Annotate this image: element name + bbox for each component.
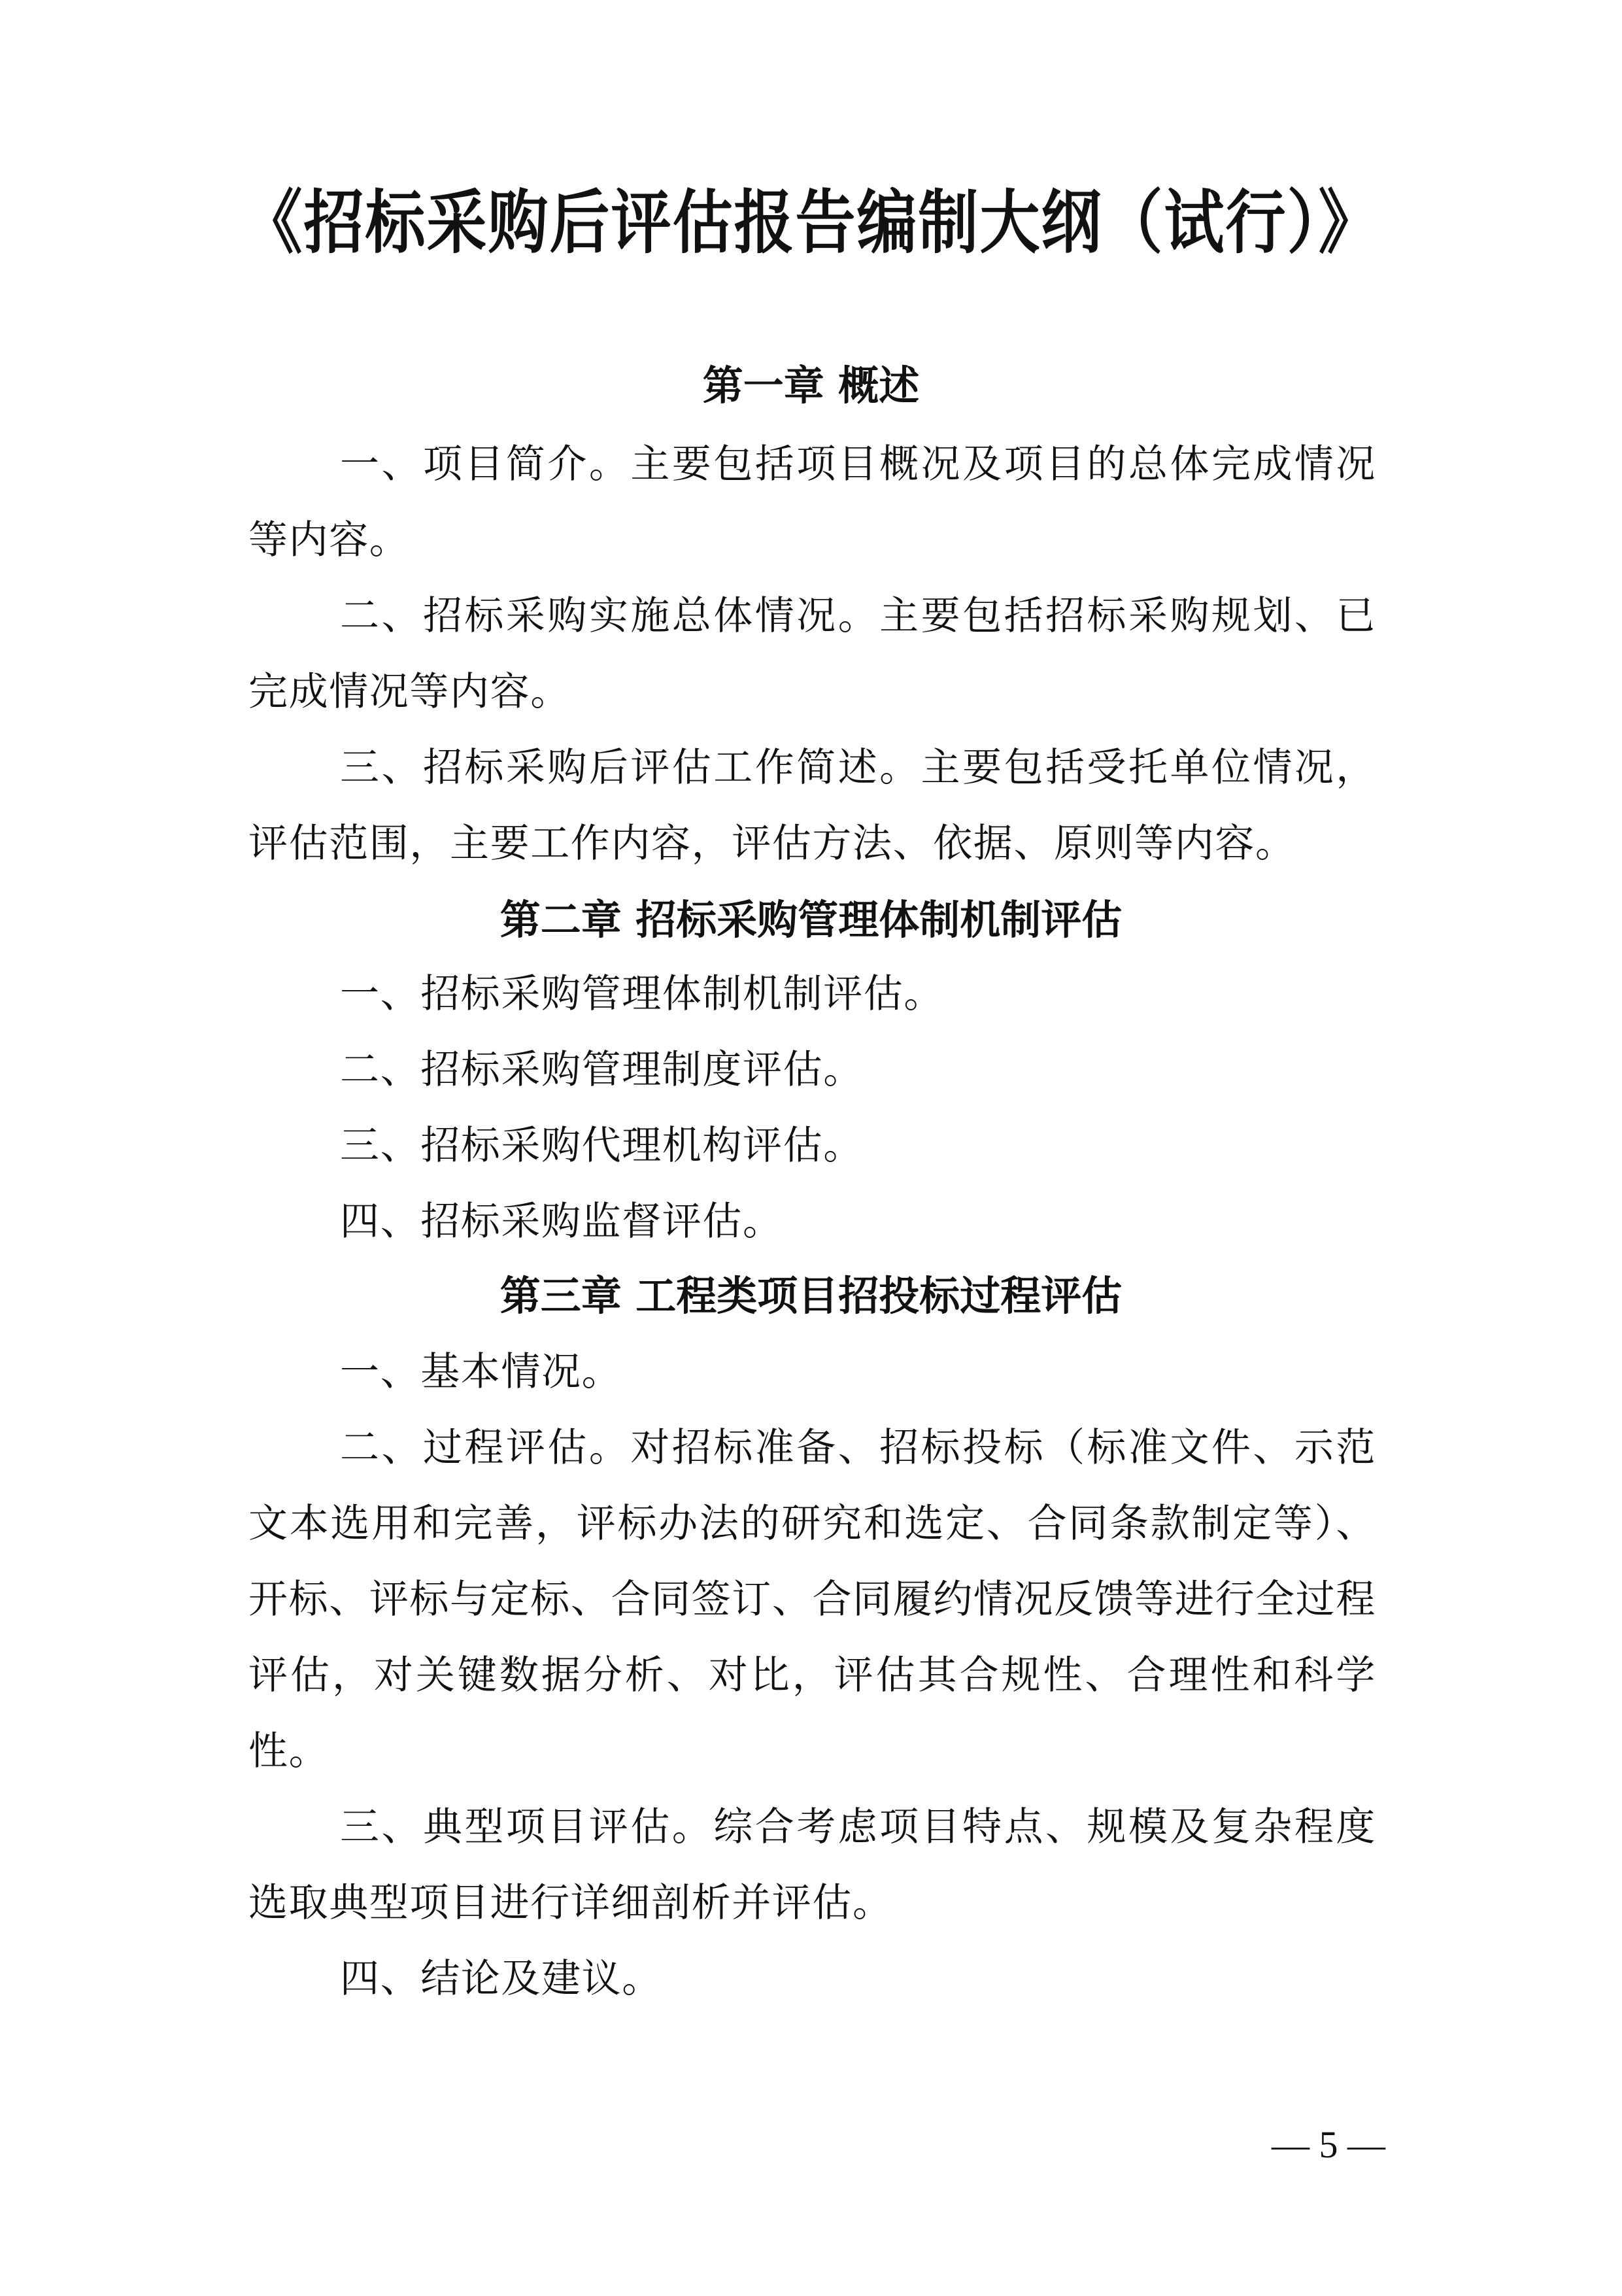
chapter-2-paragraph-4: 四、招标采购监督评估。	[248, 1184, 1376, 1259]
chapter-1-paragraph-1: 一、项目简介。主要包括项目概况及项目的总体完成情况等内容。	[248, 426, 1376, 578]
chapter-1-paragraph-2: 二、招标采购实施总体情况。主要包括招标采购规划、已完成情况等内容。	[248, 578, 1376, 730]
chapter-3-paragraph-3: 三、典型项目评估。综合考虑项目特点、规模及复杂程度选取典型项目进行详细剖析并评估…	[248, 1789, 1376, 1941]
chapter-2-paragraph-3: 三、招标采购代理机构评估。	[248, 1108, 1376, 1184]
page-number: — 5 —	[1272, 2122, 1385, 2168]
chapter-2-paragraph-2: 二、招标采购管理制度评估。	[248, 1032, 1376, 1108]
chapter-1-paragraph-3: 三、招标采购后评估工作简述。主要包括受托单位情况，评估范围，主要工作内容，评估方…	[248, 730, 1376, 882]
chapter-3-paragraph-1: 一、基本情况。	[248, 1334, 1376, 1410]
chapter-3-paragraph-2: 二、过程评估。对招标准备、招标投标（标准文件、示范文本选用和完善，评标办法的研究…	[248, 1410, 1376, 1789]
document-title: 《招标采购后评估报告编制大纲（试行）》	[0, 173, 1622, 271]
chapter-3-heading: 第三章 工程类项目招投标过程评估	[0, 1267, 1622, 1326]
chapter-1-heading: 第一章 概述	[0, 356, 1622, 415]
chapter-2-heading: 第二章 招标采购管理体制机制评估	[0, 891, 1622, 950]
document-page: 《招标采购后评估报告编制大纲（试行）》 第一章 概述 一、项目简介。主要包括项目…	[0, 0, 1622, 2296]
chapter-2-paragraph-1: 一、招标采购管理体制机制评估。	[248, 956, 1376, 1032]
chapter-3-paragraph-4: 四、结论及建议。	[248, 1941, 1376, 2017]
